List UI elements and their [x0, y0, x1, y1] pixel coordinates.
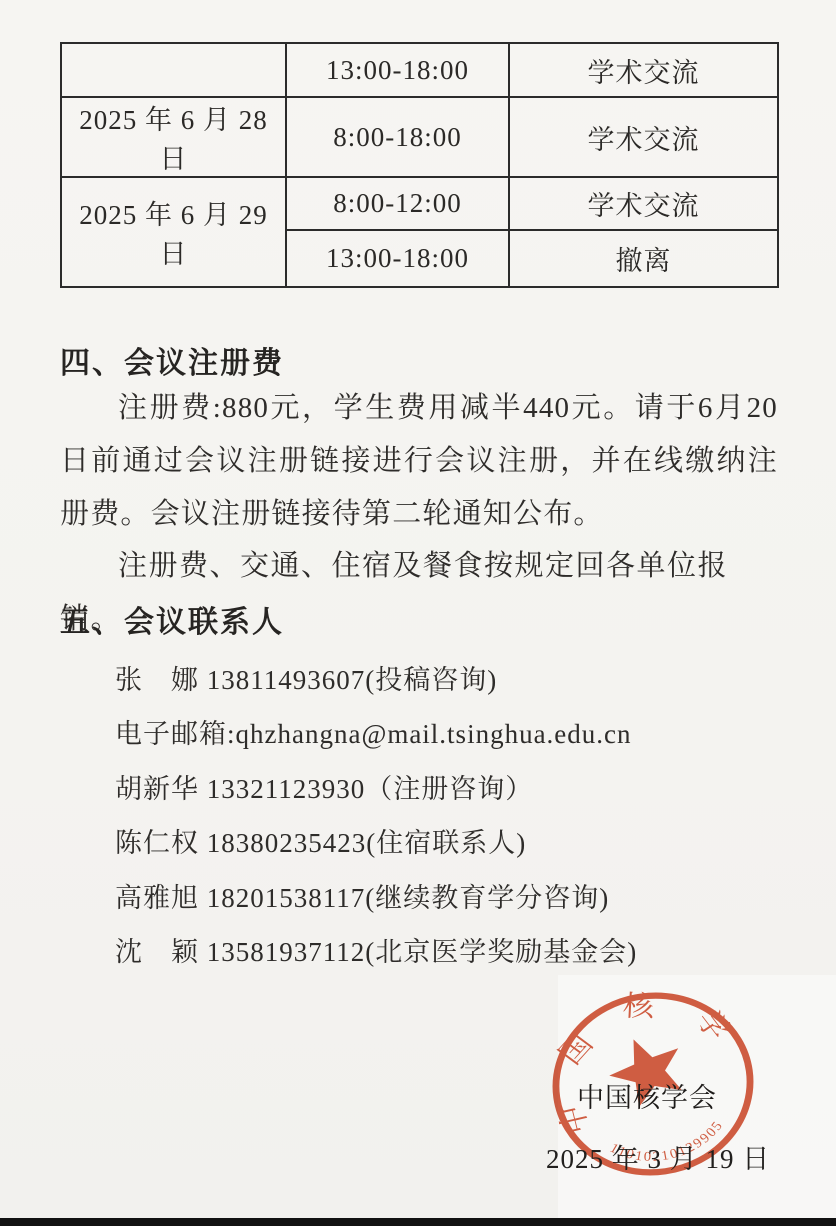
section-heading-fee: 四、会议注册费: [60, 338, 778, 382]
fee-paragraph: 注册费:880元，学生费用减半440元。请于6月20日前通过会议注册链接进行会议…: [60, 382, 778, 541]
table-row: 13:00-18:00 学术交流: [61, 43, 778, 97]
date-cell: [61, 43, 286, 97]
table-row: 2025 年 6 月 28 日 8:00-18:00 学术交流: [61, 97, 778, 177]
contact-item: 胡新华 13321123930（注册咨询）: [60, 759, 778, 814]
contact-item: 高雅旭 18201538117(继续教育学分咨询): [60, 868, 778, 923]
contact-item: 张 娜 13811493607(投稿咨询): [60, 650, 778, 705]
org-name: 中国核学会: [577, 1076, 717, 1115]
issue-date: 2025 年 3 月 19 日: [546, 1137, 770, 1176]
time-cell: 8:00-12:00: [286, 177, 509, 230]
activity-cell: 撤离: [509, 230, 778, 287]
time-cell: 13:00-18:00: [286, 230, 509, 287]
activity-cell: 学术交流: [509, 177, 778, 230]
schedule-table: 13:00-18:00 学术交流 2025 年 6 月 28 日 8:00-18…: [60, 42, 779, 288]
contact-item: 电子邮箱:qhzhangna@mail.tsinghua.edu.cn: [60, 705, 778, 760]
contact-item: 陈仁权 18380235423(住宿联系人): [60, 814, 778, 869]
page: 13:00-18:00 学术交流 2025 年 6 月 28 日 8:00-18…: [0, 0, 836, 1226]
activity-cell: 学术交流: [509, 43, 778, 97]
contacts-list: 张 娜 13811493607(投稿咨询) 电子邮箱:qhzhangna@mai…: [60, 650, 778, 977]
activity-cell: 学术交流: [509, 97, 778, 177]
table-row: 2025 年 6 月 29 日 8:00-12:00 学术交流: [61, 177, 778, 230]
section-heading-contacts: 五、会议联系人: [60, 597, 778, 641]
time-cell: 8:00-18:00: [286, 97, 509, 177]
date-cell: 2025 年 6 月 28 日: [61, 97, 286, 177]
contact-item: 沈 颖 13581937112(北京医学奖励基金会): [60, 923, 778, 978]
page-edge-bar: [0, 1218, 836, 1226]
date-cell: 2025 年 6 月 29 日: [61, 177, 286, 287]
time-cell: 13:00-18:00: [286, 43, 509, 97]
